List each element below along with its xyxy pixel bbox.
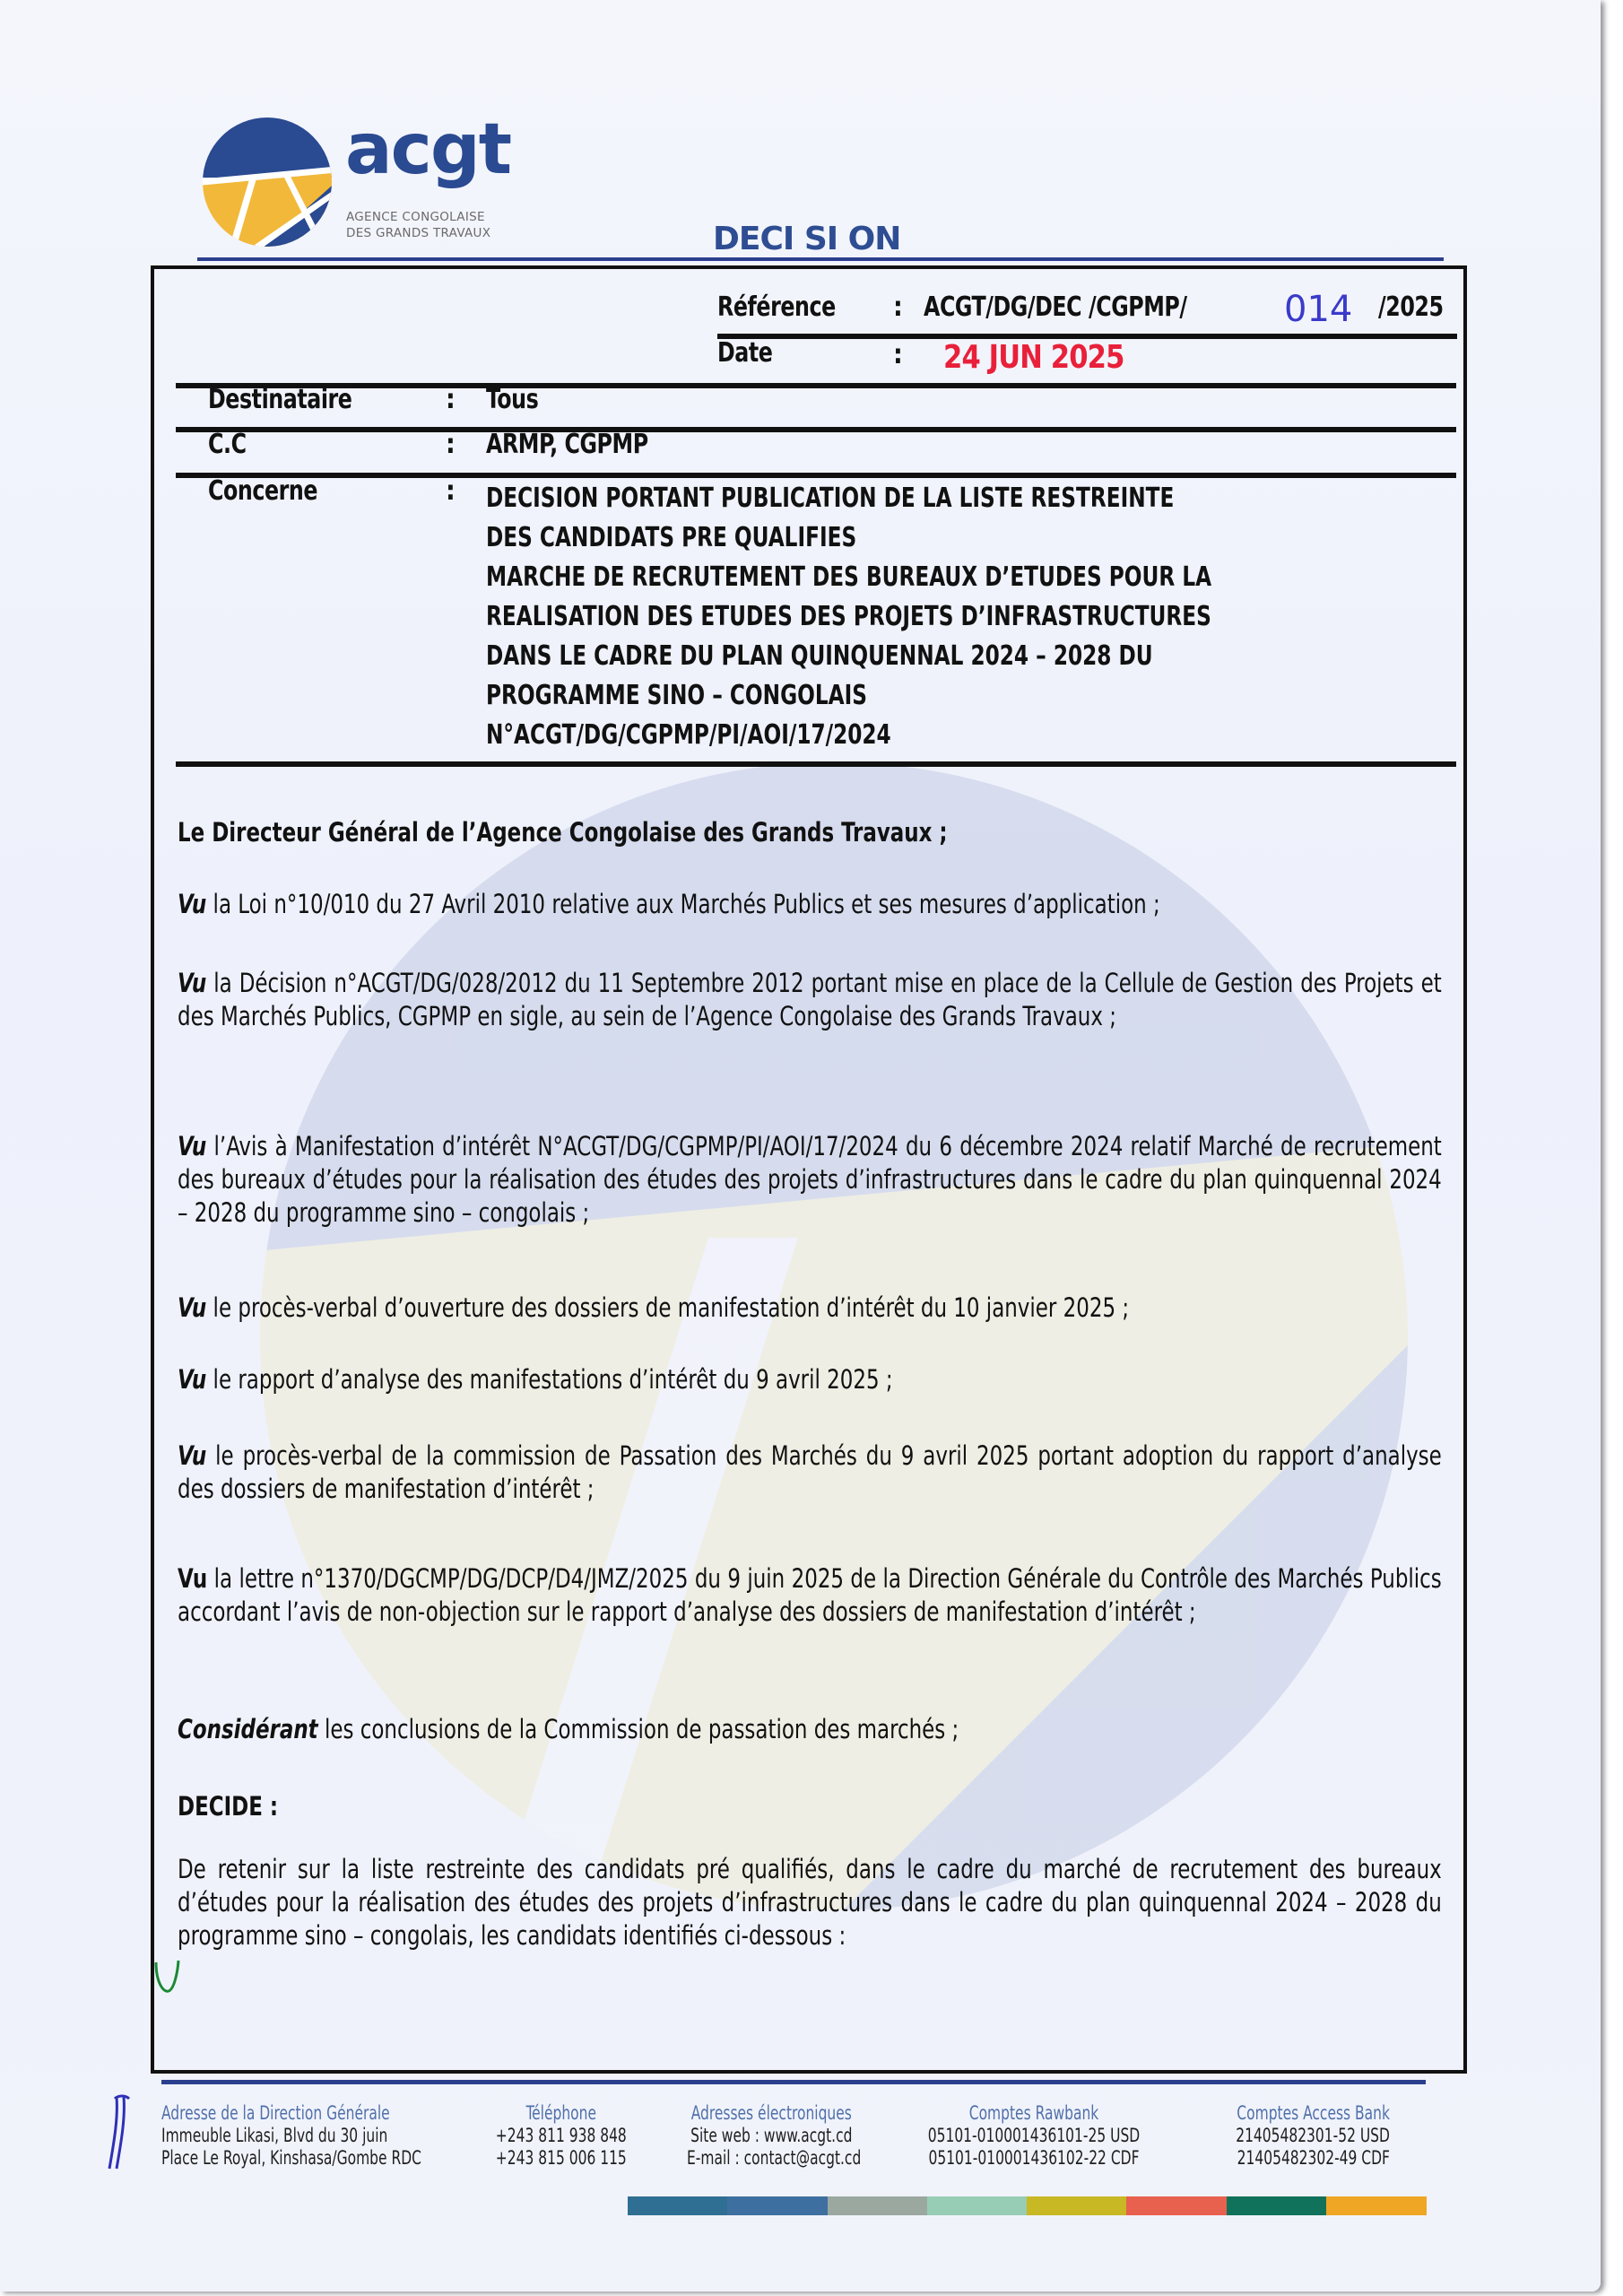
vu-text: la Loi n°10/010 du 27 Avril 2010 relativ…	[206, 889, 1159, 919]
footer-accessbank-account: 21405482301-52 USD	[1222, 2125, 1390, 2147]
acgt-logo: acgt AGENCE CONGOLAISE DES GRANDS TRAVAU…	[197, 115, 520, 249]
header-rule	[197, 257, 1444, 261]
vu-keyword: Vu	[178, 1440, 206, 1471]
vu-item: Vu le procès-verbal d’ouverture des doss…	[178, 1291, 1442, 1325]
footer-website[interactable]: Site web : www.acgt.cd	[687, 2125, 856, 2147]
footer-phone-line: +243 815 006 115	[495, 2147, 628, 2170]
destinataire-colon: :	[446, 384, 456, 415]
logo-emblem-icon	[197, 115, 341, 249]
vu-keyword: Vu	[178, 1292, 206, 1323]
cc-label: C.C	[208, 429, 247, 460]
vu-item: Vu l’Avis à Manifestation d’intérêt N°AC…	[178, 1130, 1442, 1230]
vu-item: Vu la Loi n°10/010 du 27 Avril 2010 rela…	[178, 888, 1442, 921]
vu-text: la lettre n°1370/DGCMP/DG/DCP/D4/JMZ/202…	[178, 1563, 1442, 1627]
footer-accessbank: Comptes Access Bank 21405482301-52 USD 2…	[1222, 2102, 1390, 2170]
reference-prefix: ACGT/DG/DEC /CGPMP/	[924, 291, 1187, 323]
date-label: Date	[717, 337, 772, 369]
cc-colon: :	[446, 429, 456, 460]
concerne-line: N°ACGT/DG/CGPMP/PI/AOI/17/2024	[486, 716, 1211, 755]
vu-keyword: Vu	[178, 1563, 207, 1594]
considerant-item: Considérant les conclusions de la Commis…	[178, 1713, 1442, 1746]
footer-accessbank-heading: Comptes Access Bank	[1222, 2102, 1390, 2125]
concerne-subject: DECISION PORTANT PUBLICATION DE LA LISTE…	[486, 479, 1330, 755]
vu-keyword: Vu	[178, 1131, 206, 1161]
concerne-line: MARCHE DE RECRUTEMENT DES BUREAUX D’ETUD…	[486, 558, 1211, 597]
logo-subtitle-line2: DES GRANDS TRAVAUX	[346, 226, 490, 240]
color-bar-segment	[727, 2196, 828, 2215]
concerne-colon: :	[446, 475, 456, 507]
footer-address-line: Place Le Royal, Kinshasa/Gombe RDC	[161, 2147, 421, 2170]
color-bar-segment	[1227, 2196, 1327, 2215]
footer-phone-heading: Téléphone	[495, 2102, 628, 2125]
document-page: acgt AGENCE CONGOLAISE DES GRANDS TRAVAU…	[0, 0, 1601, 2292]
color-bar-segment	[628, 2196, 728, 2215]
concerne-line: DECISION PORTANT PUBLICATION DE LA LISTE…	[486, 479, 1211, 518]
color-bar-segment	[1126, 2196, 1227, 2215]
vu-item: Vu la lettre n°1370/DGCMP/DG/DCP/D4/JMZ/…	[178, 1562, 1442, 1629]
vu-text: le procès-verbal d’ouverture des dossier…	[206, 1292, 1129, 1323]
decide-text: De retenir sur la liste restreinte des c…	[178, 1853, 1442, 1952]
logo-subtitle-line1: AGENCE CONGOLAISE	[346, 210, 485, 224]
decide-heading: DECIDE :	[178, 1790, 1442, 1823]
footer-address: Adresse de la Direction Générale Immeubl…	[161, 2102, 421, 2170]
concerne-line: PROGRAMME SINO – CONGOLAIS	[486, 676, 1211, 716]
vu-item: Vu la Décision n°ACGT/DG/028/2012 du 11 …	[178, 967, 1442, 1033]
footer-rawbank-heading: Comptes Rawbank	[924, 2102, 1144, 2125]
vu-item: Vu le rapport d’analyse des manifestatio…	[178, 1363, 1442, 1396]
concerne-rule	[176, 761, 1456, 767]
footer-email[interactable]: E-mail : contact@acgt.cd	[687, 2147, 856, 2170]
footer-phone: Téléphone +243 811 938 848 +243 815 006 …	[495, 2102, 628, 2170]
footer-electronic: Adresses électroniques Site web : www.ac…	[687, 2102, 856, 2170]
footer-rule	[161, 2080, 1426, 2084]
logo-wordmark: acgt	[345, 109, 510, 190]
destinataire-value: Tous	[486, 384, 538, 415]
destinataire-rule	[176, 427, 1456, 432]
vu-text: le rapport d’analyse des manifestations …	[206, 1364, 892, 1395]
vu-text: la Décision n°ACGT/DG/028/2012 du 11 Sep…	[178, 968, 1442, 1031]
date-rule	[176, 383, 1456, 388]
date-stamp: 24 JUN 2025	[943, 339, 1124, 376]
cc-rule	[176, 473, 1456, 478]
handwritten-initials-icon	[106, 2093, 133, 2174]
vu-keyword: Vu	[178, 968, 206, 998]
concerne-line: DES CANDIDATS PRE QUALIFIES	[486, 518, 1211, 558]
concerne-line: DANS LE CADRE DU PLAN QUINQUENNAL 2024 –…	[486, 637, 1211, 676]
color-bar-segment	[1027, 2196, 1127, 2215]
footer-address-line: Immeuble Likasi, Blvd du 30 juin	[161, 2125, 421, 2147]
destinataire-label: Destinataire	[208, 384, 352, 415]
vu-keyword: Vu	[178, 889, 206, 919]
reference-colon: :	[893, 291, 903, 323]
vu-item: Vu le procès-verbal de la commission de …	[178, 1439, 1442, 1506]
footer-address-heading: Adresse de la Direction Générale	[161, 2102, 421, 2125]
vu-text: le procès-verbal de la commission de Pas…	[178, 1440, 1442, 1504]
reference-number-handwritten: 014	[1284, 289, 1352, 330]
color-bar-segment	[927, 2196, 1028, 2215]
reference-label: Référence	[717, 291, 836, 323]
preamble: Le Directeur Général de l’Agence Congola…	[178, 816, 1442, 849]
footer-rawbank: Comptes Rawbank 05101-010001436101-25 US…	[924, 2102, 1144, 2170]
concerne-line: REALISATION DES ETUDES DES PROJETS D’INF…	[486, 597, 1211, 637]
footer-accessbank-account: 21405482302-49 CDF	[1222, 2147, 1390, 2170]
considerant-text: les conclusions de la Commission de pass…	[318, 1714, 959, 1744]
color-bar-segment	[828, 2196, 928, 2215]
considerant-keyword: Considérant	[178, 1714, 318, 1744]
footer-phone-line: +243 811 938 848	[495, 2125, 628, 2147]
footer-electronic-heading: Adresses électroniques	[687, 2102, 856, 2125]
document-title: DECI SI ON	[713, 221, 900, 257]
date-colon: :	[893, 339, 903, 370]
cc-value: ARMP, CGPMP	[486, 429, 648, 460]
handwritten-checkmark-icon	[151, 1955, 187, 2000]
footer-rawbank-account: 05101-010001436101-25 USD	[924, 2125, 1144, 2147]
footer-rawbank-account: 05101-010001436102-22 CDF	[924, 2147, 1144, 2170]
color-bar-segment	[1326, 2196, 1427, 2215]
reference-suffix: /2025	[1378, 291, 1444, 323]
concerne-label: Concerne	[208, 475, 317, 507]
vu-text: l’Avis à Manifestation d’intérêt N°ACGT/…	[178, 1131, 1442, 1228]
vu-keyword: Vu	[178, 1364, 206, 1395]
